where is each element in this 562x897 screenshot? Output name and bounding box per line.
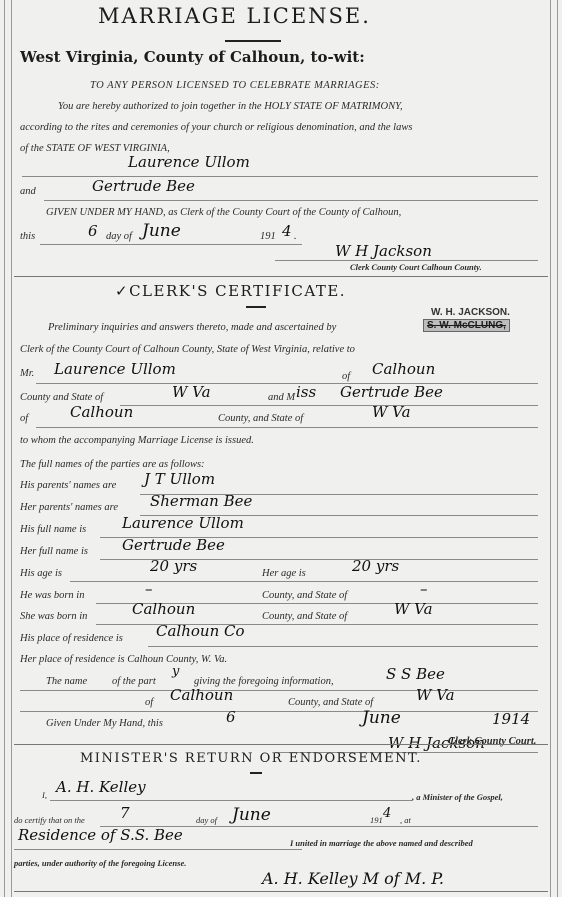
crossed-stamp: S. W. McCLUNG, [423, 320, 510, 331]
minister-month: June [232, 805, 271, 825]
day-of-label: day of [106, 231, 132, 242]
clerk-stamp: W. H. JACKSON. [431, 307, 510, 318]
certificate-intro: Preliminary inquiries and answers theret… [48, 322, 336, 333]
license-day: 6 [88, 222, 98, 240]
year-prefix: 191 [260, 231, 276, 242]
ceremony-place: Residence of S.S. Bee [18, 826, 183, 844]
she-born-state: W Va [394, 600, 433, 618]
given-under-line: GIVEN UNDER MY HAND, as Clerk of the Cou… [46, 207, 401, 218]
informant-name: S S Bee [386, 665, 445, 683]
certificate-clerk-title: Clerk County Court. [448, 736, 536, 747]
minister-name: A. H. Kelley [56, 778, 146, 796]
his-age-value: 20 yrs [150, 557, 197, 575]
she-born-county: Calhoun [132, 600, 195, 618]
title-ornament [225, 40, 281, 42]
this-label: this [20, 231, 35, 242]
field-label: His parents' names are [20, 480, 116, 491]
her-full-name-value: Gertrude Bee [122, 536, 225, 554]
year-suffix: 4 [282, 222, 292, 240]
her-age-value: 20 yrs [352, 557, 399, 575]
minister-ornament [250, 772, 262, 774]
minister-title: MINISTER'S RETURN OR ENDORSEMENT. [80, 751, 422, 766]
his-parents-value: J T Ullom [144, 470, 215, 488]
minister-year-suffix: 4 [383, 806, 391, 821]
clerk-title: Clerk County Court Calhoun County. [350, 262, 482, 272]
he-born-county: – [145, 580, 153, 598]
he-born-state: – [420, 580, 428, 598]
given-day: 6 [226, 708, 236, 726]
minister-day: 7 [120, 804, 130, 822]
her-residence-line: Her place of residence is Calhoun County… [20, 654, 227, 665]
license-month: June [142, 221, 181, 241]
mr-state: W Va [172, 383, 211, 401]
miss-county: Calhoun [70, 403, 133, 421]
groom-name: Laurence Ullom [128, 153, 250, 171]
authorization-line-2: according to the rites and ceremonies of… [20, 122, 412, 133]
mr-label: Mr. [20, 368, 34, 379]
certificate-title: ✓CLERK'S CERTIFICATE. [115, 282, 346, 300]
given-month: June [362, 708, 401, 728]
left-border [4, 0, 12, 897]
his-full-name-value: Laurence Ullom [122, 514, 244, 532]
mr-name: Laurence Ullom [54, 360, 176, 378]
authorization-line-1: You are hereby authorized to join togeth… [58, 101, 403, 112]
field-label: Her full name is [20, 546, 88, 557]
her-parents-value: Sherman Bee [150, 492, 252, 510]
parties-label: parties, under authority of the foregoin… [14, 858, 186, 868]
full-names-intro: The full names of the parties are as fol… [20, 459, 205, 470]
informant-county: Calhoun [170, 686, 233, 704]
and-label: and [20, 186, 36, 197]
miss-name: Gertrude Bee [340, 383, 443, 401]
minister-role: , a Minister of the Gospel, [412, 792, 503, 802]
certificate-ornament [246, 306, 266, 308]
clerk-signature: W H Jackson [335, 242, 432, 260]
right-border [550, 0, 558, 897]
united-label: I united in marriage the above named and… [290, 838, 473, 848]
address-line: TO ANY PERSON LICENSED TO CELEBRATE MARR… [90, 80, 380, 91]
given-year: 1914 [492, 710, 530, 728]
bride-name: Gertrude Bee [92, 177, 195, 195]
miss-state: W Va [372, 403, 411, 421]
minister-signature: A. H. Kelley M of M. P. [262, 869, 444, 888]
jurisdiction: West Virginia, County of Calhoun, to-wit… [20, 48, 365, 66]
his-residence-value: Calhoun Co [156, 622, 245, 640]
license-title: MARRIAGE LICENSE. [98, 4, 371, 28]
to-whom-line: to whom the accompanying Marriage Licens… [20, 435, 254, 446]
mr-county: Calhoun [372, 360, 435, 378]
field-label: Her parents' names are [20, 502, 118, 513]
clerk-line: Clerk of the County Court of Calhoun Cou… [20, 344, 355, 355]
field-label: His full name is [20, 524, 86, 535]
informant-state: W Va [416, 686, 455, 704]
marriage-license-document: MARRIAGE LICENSE. West Virginia, County … [0, 0, 562, 897]
